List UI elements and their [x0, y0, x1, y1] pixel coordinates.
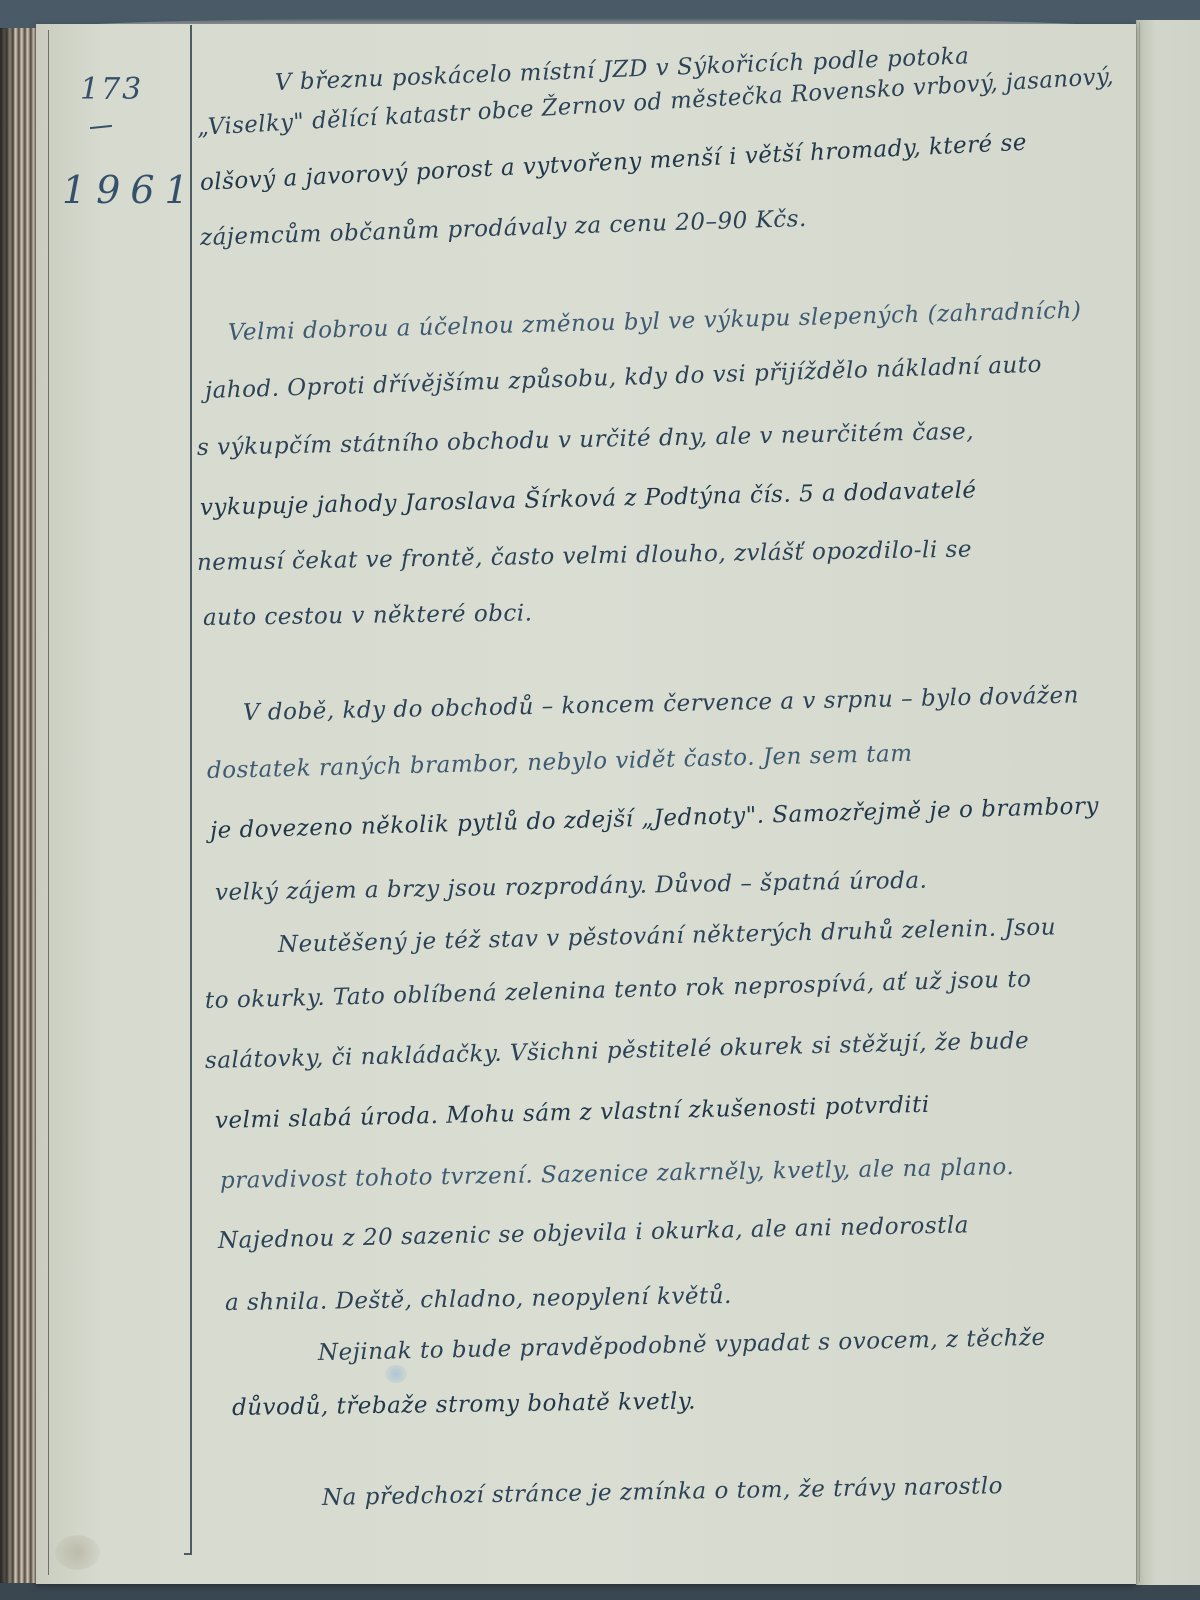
scanned-book-photo: 173 1961 V březnu poskácelo místní JZD v…: [0, 0, 1200, 1600]
next-page-edge: [1136, 20, 1200, 1585]
year-label: 1961: [62, 168, 199, 212]
handwritten-line: auto cestou v některé obci.: [203, 600, 533, 631]
page-number: 173: [80, 72, 143, 107]
page-left-border: [48, 30, 49, 1575]
paper-stain: [55, 1535, 100, 1570]
book-cover-shadow: [0, 28, 14, 1583]
ink-blot: [385, 1365, 407, 1383]
margin-rule: [190, 25, 192, 1555]
binding-gutter: [1139, 22, 1140, 1582]
margin-rule-foot: [184, 1553, 192, 1555]
